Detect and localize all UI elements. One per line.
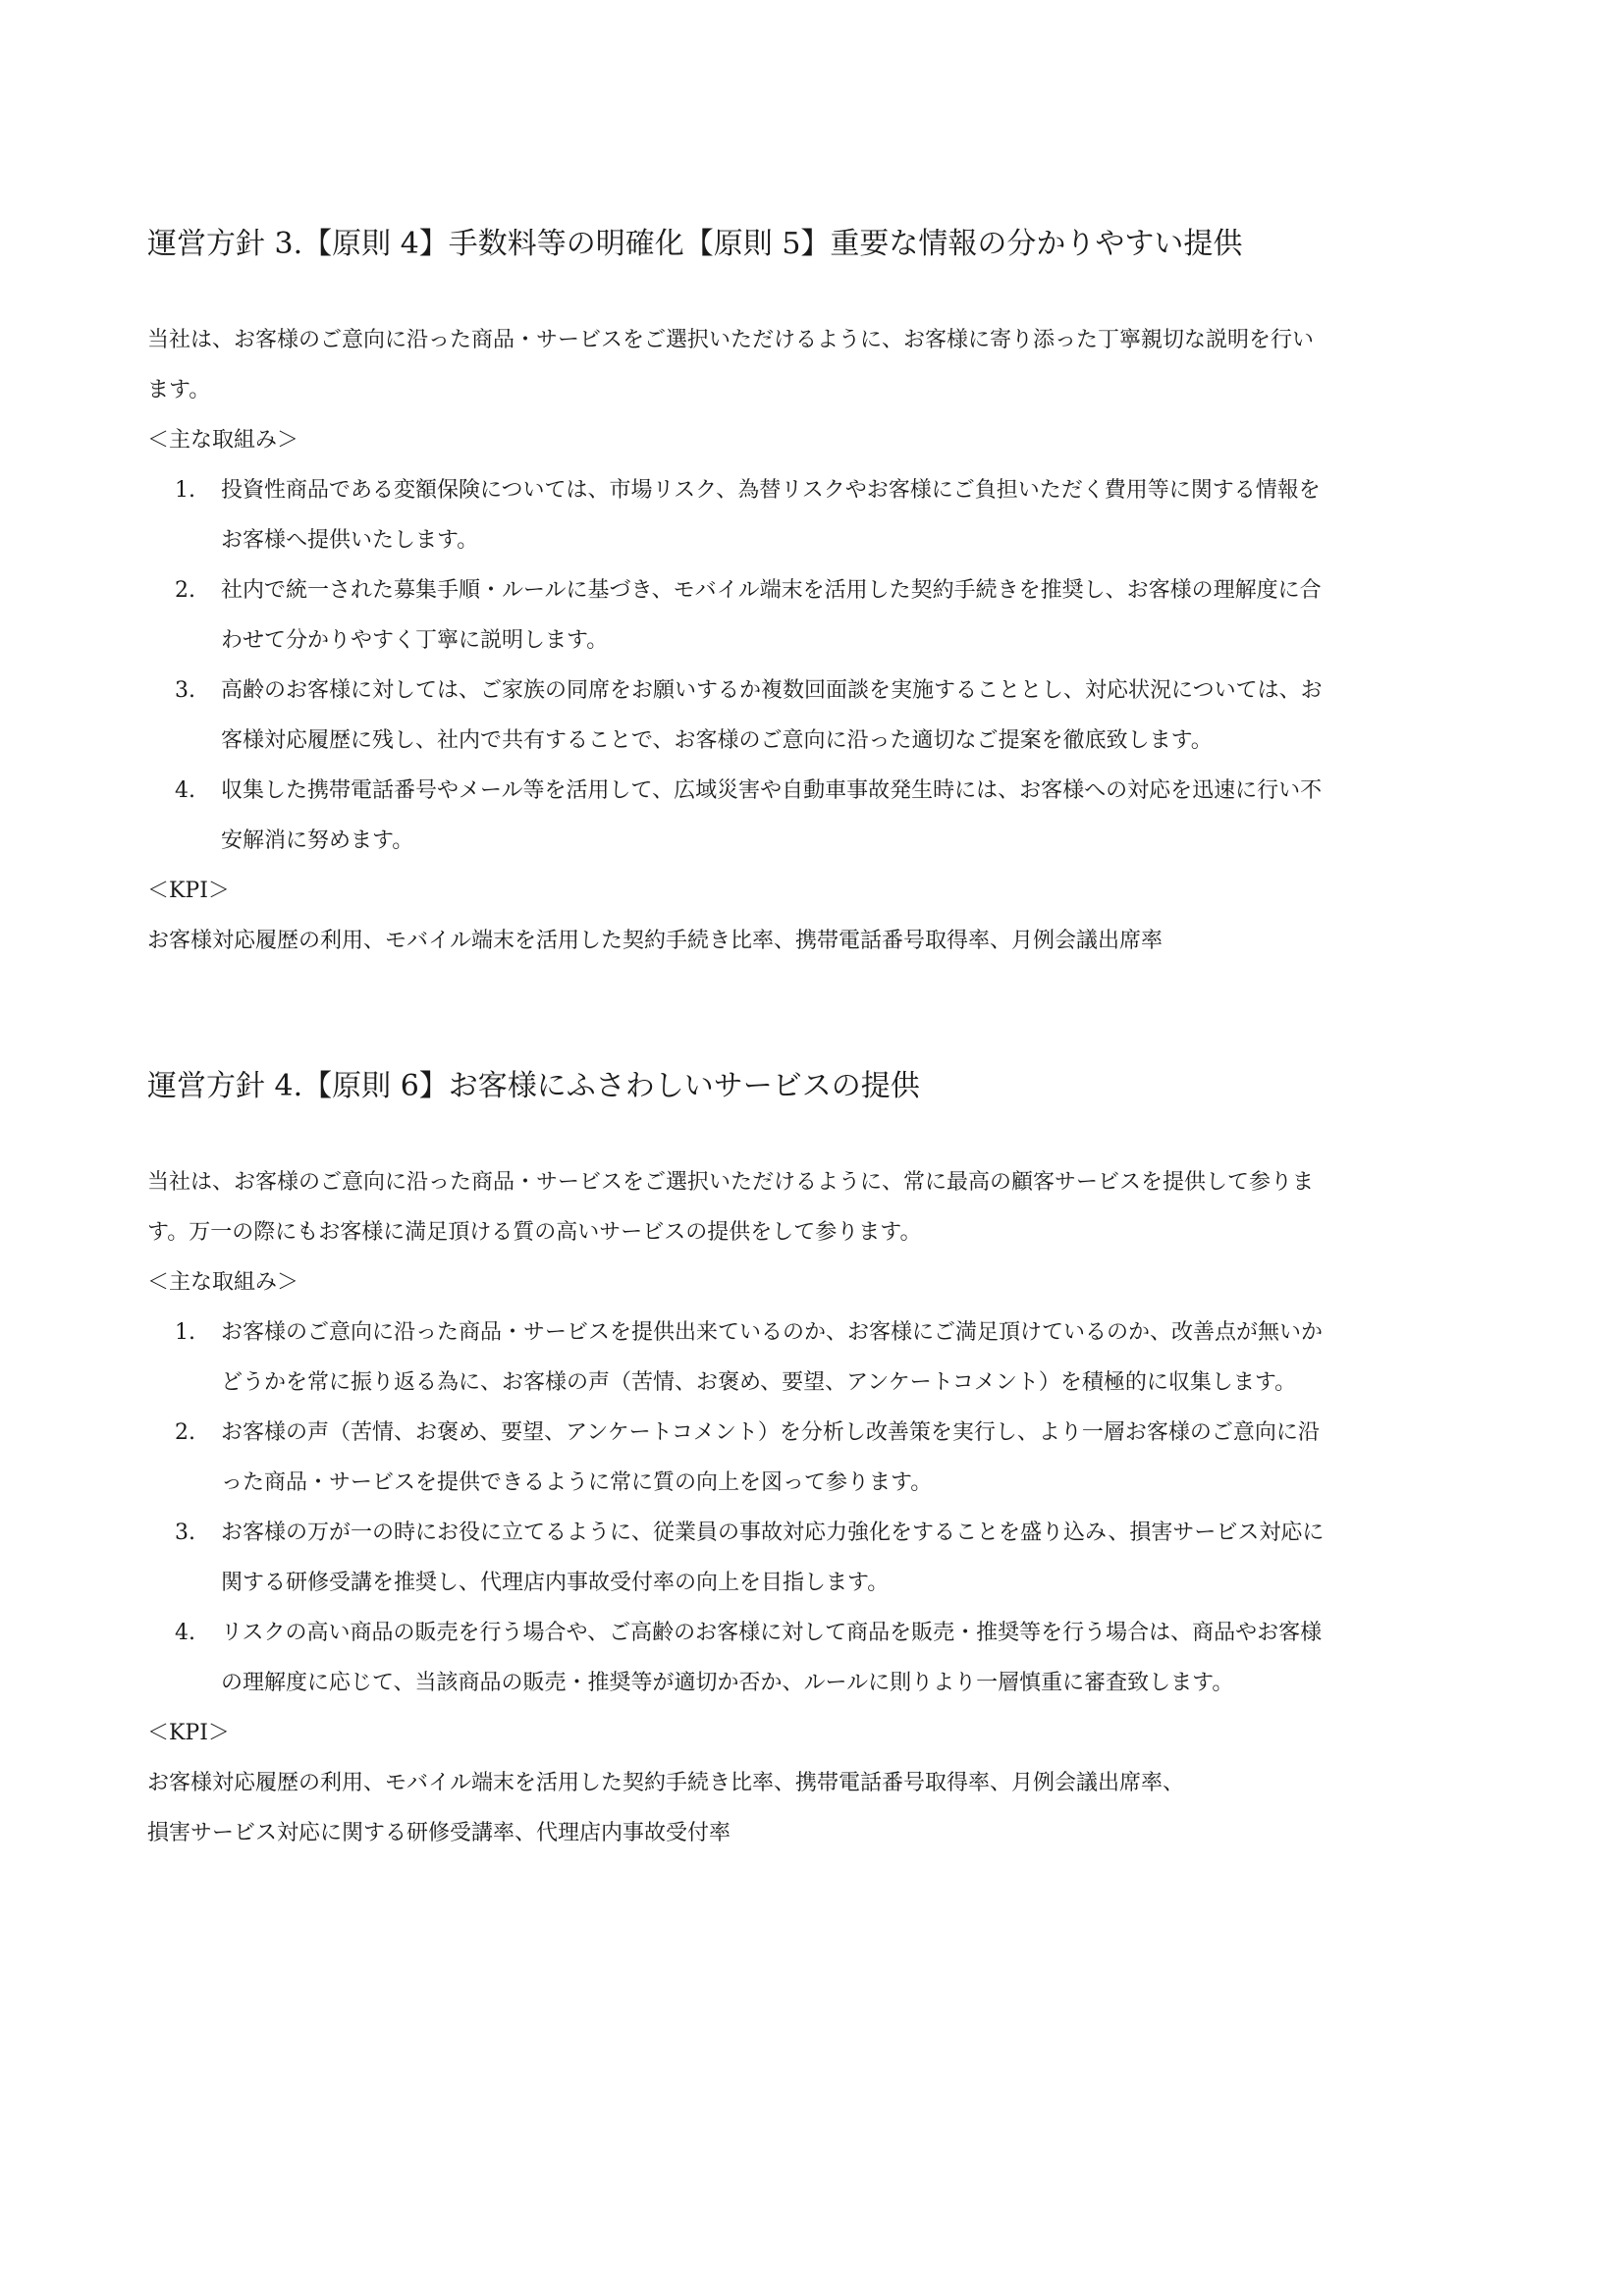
item-number: 1. <box>175 465 195 515</box>
initiatives-label: ＜主な取組み＞ <box>147 415 1492 465</box>
item-number: 3. <box>175 666 195 716</box>
section-intro: 当社は、お客様のご意向に沿った商品・サービスをご選択いただけるように、お客様に寄… <box>147 315 1492 415</box>
intro-line: ます。 <box>147 365 1492 415</box>
item-text-line: お客様のご意向に沿った商品・サービスを提供出来ているのか、お客様にご満足頂けてい… <box>221 1308 1492 1358</box>
item-text-line: 高齢のお客様に対しては、ご家族の同席をお願いするか複数回面談を実施することとし、… <box>221 666 1492 716</box>
section-intro: 当社は、お客様のご意向に沿った商品・サービスをご選択いただけるように、常に最高の… <box>147 1157 1492 1257</box>
kpi-label: ＜KPI＞ <box>147 866 1492 916</box>
intro-line: 当社は、お客様のご意向に沿った商品・サービスをご選択いただけるように、お客様に寄… <box>147 315 1492 365</box>
item-text-line: リスクの高い商品の販売を行う場合や、ご高齢のお客様に対して商品を販売・推奨等を行… <box>221 1608 1492 1658</box>
item-number: 3. <box>175 1508 195 1558</box>
kpi-label: ＜KPI＞ <box>147 1708 1492 1758</box>
item-text-line: 安解消に努めます。 <box>221 816 1492 866</box>
kpi-text: お客様対応履歴の利用、モバイル端末を活用した契約手続き比率、携帯電話番号取得率、… <box>147 1758 1492 1808</box>
item-text-line: わせて分かりやすく丁寧に説明します。 <box>221 615 1492 666</box>
list-item: 2. 社内で統一された募集手順・ルールに基づき、モバイル端末を活用した契約手続き… <box>147 565 1492 666</box>
item-number: 2. <box>175 1408 195 1458</box>
kpi-text: 損害サービス対応に関する研修受講率、代理店内事故受付率 <box>147 1808 1492 1858</box>
item-number: 2. <box>175 565 195 615</box>
item-text-line: 収集した携帯電話番号やメール等を活用して、広域災害や自動車事故発生時には、お客様… <box>221 766 1492 816</box>
list-item: 2. お客様の声（苦情、お褒め、要望、アンケートコメント）を分析し改善策を実行し… <box>147 1408 1492 1508</box>
kpi-text: お客様対応履歴の利用、モバイル端末を活用した契約手続き比率、携帯電話番号取得率、… <box>147 916 1492 966</box>
intro-line: す。万一の際にもお客様に満足頂ける質の高いサービスの提供をして参ります。 <box>147 1207 1492 1257</box>
section-heading: 運営方針 4.【原則 6】お客様にふさわしいサービスの提供 <box>147 1067 1492 1106</box>
item-text-line: 関する研修受講を推奨し、代理店内事故受付率の向上を目指します。 <box>221 1558 1492 1608</box>
item-text-line: の理解度に応じて、当該商品の販売・推奨等が適切か否か、ルールに則りより一層慎重に… <box>221 1658 1492 1708</box>
list-item: 1. お客様のご意向に沿った商品・サービスを提供出来ているのか、お客様にご満足頂… <box>147 1308 1492 1408</box>
item-number: 4. <box>175 1608 195 1658</box>
item-text-line: どうかを常に振り返る為に、お客様の声（苦情、お褒め、要望、アンケートコメント）を… <box>221 1358 1492 1408</box>
policy-section-4: 運営方針 4.【原則 6】お客様にふさわしいサービスの提供 当社は、お客様のご意… <box>147 1067 1492 1858</box>
list-item: 3. 高齢のお客様に対しては、ご家族の同席をお願いするか複数回面談を実施すること… <box>147 666 1492 766</box>
list-item: 3. お客様の万が一の時にお役に立てるように、従業員の事故対応力強化をすることを… <box>147 1508 1492 1608</box>
initiatives-list: 1. 投資性商品である変額保険については、市場リスク、為替リスクやお客様にご負担… <box>147 465 1492 866</box>
item-text-line: お客様へ提供いたします。 <box>221 515 1492 565</box>
list-item: 4. 収集した携帯電話番号やメール等を活用して、広域災害や自動車事故発生時には、… <box>147 766 1492 866</box>
item-text-line: った商品・サービスを提供できるように常に質の向上を図って参ります。 <box>221 1458 1492 1508</box>
item-text-line: お客様の万が一の時にお役に立てるように、従業員の事故対応力強化をすることを盛り込… <box>221 1508 1492 1558</box>
item-number: 1. <box>175 1308 195 1358</box>
document-page: 運営方針 3.【原則 4】手数料等の明確化【原則 5】重要な情報の分かりやすい提… <box>0 0 1624 2296</box>
section-heading: 運営方針 3.【原則 4】手数料等の明確化【原則 5】重要な情報の分かりやすい提… <box>147 225 1492 264</box>
list-item: 4. リスクの高い商品の販売を行う場合や、ご高齢のお客様に対して商品を販売・推奨… <box>147 1608 1492 1708</box>
item-number: 4. <box>175 766 195 816</box>
list-item: 1. 投資性商品である変額保険については、市場リスク、為替リスクやお客様にご負担… <box>147 465 1492 565</box>
item-text-line: 客様対応履歴に残し、社内で共有することで、お客様のご意向に沿った適切なご提案を徹… <box>221 716 1492 766</box>
item-text-line: 投資性商品である変額保険については、市場リスク、為替リスクやお客様にご負担いただ… <box>221 465 1492 515</box>
initiatives-label: ＜主な取組み＞ <box>147 1257 1492 1308</box>
policy-section-3: 運営方針 3.【原則 4】手数料等の明確化【原則 5】重要な情報の分かりやすい提… <box>147 225 1492 966</box>
intro-line: 当社は、お客様のご意向に沿った商品・サービスをご選択いただけるように、常に最高の… <box>147 1157 1492 1207</box>
item-text-line: お客様の声（苦情、お褒め、要望、アンケートコメント）を分析し改善策を実行し、より… <box>221 1408 1492 1458</box>
initiatives-list: 1. お客様のご意向に沿った商品・サービスを提供出来ているのか、お客様にご満足頂… <box>147 1308 1492 1708</box>
item-text-line: 社内で統一された募集手順・ルールに基づき、モバイル端末を活用した契約手続きを推奨… <box>221 565 1492 615</box>
